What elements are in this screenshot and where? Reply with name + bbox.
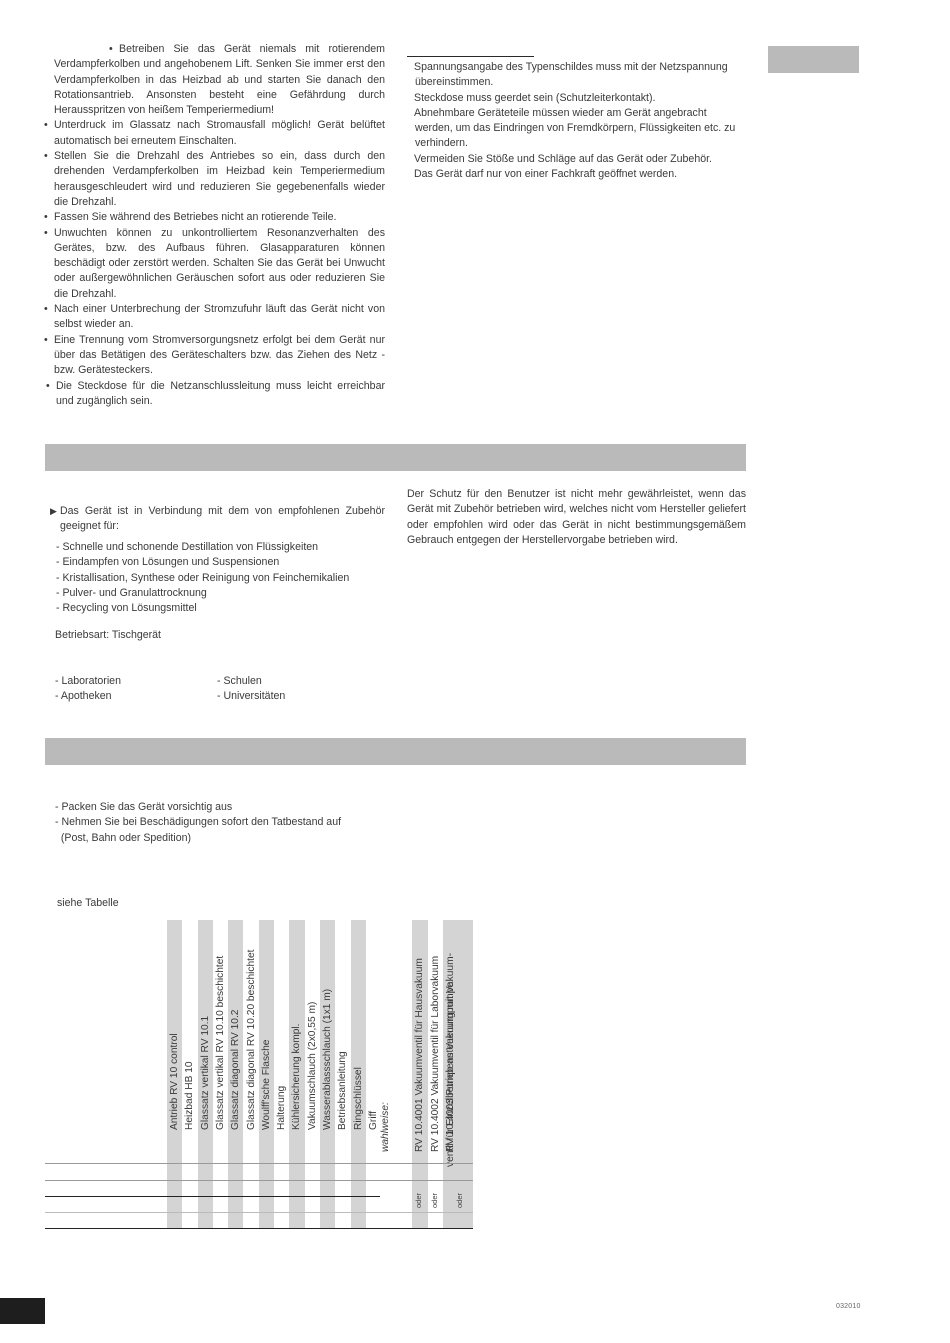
column-header: Kühlersicherung kompl. (289, 822, 304, 1228)
safety-bullet: Die Steckdose für die Netzanschlussleitu… (46, 379, 385, 410)
safety-instructions-list: Betreiben Sie das Gerät niemals mit roti… (44, 42, 385, 409)
use-item: - Pulver- und Granulattrocknung (56, 586, 349, 601)
section-header-band-unpacking (45, 738, 746, 765)
safety-bullet: Fassen Sie während des Betriebes nicht a… (44, 210, 385, 225)
area-item: - Universitäten (217, 689, 285, 704)
safety-bullet: Stellen Sie die Drehzahl des Antriebes s… (44, 149, 385, 210)
document-code: 032010 (836, 1303, 861, 1310)
table-column: Kühlersicherung kompl. (289, 920, 304, 1228)
column-header: Glassatz diagonal RV 10.2 (228, 822, 243, 1228)
table-column: Woulff'sche Flasche (259, 920, 274, 1228)
electrical-notes: Spannungsangabe des Typenschildes muss m… (414, 60, 754, 182)
table-row-line (45, 1180, 473, 1181)
table-row-line (45, 1228, 473, 1229)
column-header: Glassatz vertikal RV 10.10 beschichtet (213, 822, 228, 1228)
column-header: RV 10.4001 Vakuumventil für Hausvakuum (412, 844, 427, 1228)
or-label: oder (430, 1193, 439, 1208)
column-header: ventil für Einzelbetrieb an Vakuumpumpe (443, 859, 458, 1243)
optional-label-column: wahlweise: (378, 920, 393, 1228)
column-header: Ringschlüssel (351, 822, 366, 1228)
optional-column: RV 10.4003 Pumpensteuerung mit Vakuum-ve… (443, 920, 473, 1228)
optional-column: RV 10.4001 Vakuumventil für Hausvakuum (412, 920, 428, 1228)
table-column: Wasserablassschlauch (1x1 m) (320, 920, 335, 1228)
note-line: Vermeiden Sie Stöße und Schläge auf das … (414, 152, 754, 167)
table-column: Betriebsanleitung (335, 920, 350, 1228)
table-column: Antrieb RV 10 control (167, 920, 182, 1228)
area-item: - Schulen (217, 674, 285, 689)
see-table-note: siehe Tabelle (57, 896, 119, 911)
column-header: Antrieb RV 10 control (167, 822, 182, 1228)
safety-bullet: Unterdruck im Glassatz nach Stromausfall… (44, 118, 385, 149)
table-column: Vakuumschlauch (2x0,55 m) (305, 920, 320, 1228)
table-column: Glassatz diagonal RV 10.2 (228, 920, 243, 1228)
safety-bullet: Betreiben Sie das Gerät niemals mit roti… (44, 42, 385, 118)
safety-bullet: Nach einer Unterbrechung der Stromzufuhr… (44, 302, 385, 333)
intended-use-intro: ▶ Das Gerät ist in Verbindung mit dem vo… (50, 504, 385, 535)
usage-areas-right: - Schulen - Universitäten (217, 674, 285, 705)
table-column: Glassatz diagonal RV 10.20 beschichtet (244, 920, 259, 1228)
table-column: Glassatz vertikal RV 10.1 (198, 920, 213, 1228)
safety-bullet: Unwuchten können zu unkontrolliertem Res… (44, 226, 385, 302)
table-row-line (45, 1163, 473, 1164)
usage-areas-left: - Laboratorien - Apotheken (55, 674, 121, 705)
unpack-item: - Packen Sie das Gerät vorsichtig aus (55, 800, 341, 815)
note-line: verhindern. (414, 136, 754, 151)
column-header: Glassatz vertikal RV 10.1 (198, 822, 213, 1228)
use-item: - Kristallisation, Synthese oder Reinigu… (56, 571, 349, 586)
arrow-right-icon: ▶ (50, 504, 57, 519)
use-item: - Schnelle und schonende Destillation vo… (56, 540, 349, 555)
column-header: Betriebsanleitung (335, 822, 350, 1228)
table-column: Halterung (274, 920, 289, 1228)
page-tab-marker (768, 46, 859, 73)
area-item: - Laboratorien (55, 674, 121, 689)
page-number-block (0, 1298, 45, 1324)
operating-mode: Betriebsart: Tischgerät (55, 628, 161, 643)
note-line: werden, um das Eindringen von Fremdkörpe… (414, 121, 754, 136)
area-item: - Apotheken (55, 689, 121, 704)
column-header: Wasserablassschlauch (1x1 m) (320, 822, 335, 1228)
column-header: Glassatz diagonal RV 10.20 beschichtet (244, 822, 259, 1228)
or-label: oder (414, 1193, 423, 1208)
intended-use-list: - Schnelle und schonende Destillation vo… (56, 540, 349, 616)
use-item: - Eindampfen von Lösungen und Suspension… (56, 555, 349, 570)
optional-label: wahlweise: (378, 844, 393, 1228)
column-header: Vakuumschlauch (2x0,55 m) (305, 822, 320, 1228)
table-row-line (45, 1196, 380, 1197)
table-column: Glassatz vertikal RV 10.10 beschichtet (213, 920, 228, 1228)
note-line: Steckdose muss geerdet sein (Schutzleite… (414, 91, 754, 106)
safety-bullet: Eine Trennung vom Stromversorgungsnetz e… (44, 333, 385, 379)
table-row-line (45, 1212, 473, 1213)
column-header: Halterung (274, 822, 289, 1228)
section-header-band-intended-use (45, 444, 746, 471)
column-header: Heizbad HB 10 (182, 822, 197, 1228)
or-label: oder (455, 1193, 464, 1208)
note-line: Spannungsangabe des Typenschildes muss m… (414, 60, 754, 75)
note-line: Abnehmbare Geräteteile müssen wieder am … (414, 106, 754, 121)
column-header: RV 10.4002 Vakuumventil für Laborvakuum (428, 844, 443, 1228)
optional-column: RV 10.4002 Vakuumventil für Laborvakuum (428, 920, 443, 1228)
intro-text: Das Gerät ist in Verbindung mit dem von … (50, 504, 385, 535)
note-line: Das Gerät darf nur von einer Fachkraft g… (414, 167, 754, 182)
table-column: Heizbad HB 10 (182, 920, 197, 1228)
table-column: Ringschlüssel (351, 920, 366, 1228)
section-rule (407, 56, 534, 57)
protection-note: Der Schutz für den Benutzer ist nicht me… (407, 487, 746, 548)
use-item: - Recycling von Lösungsmittel (56, 601, 349, 616)
column-header: Woulff'sche Flasche (259, 822, 274, 1228)
note-line: übereinstimmen. (414, 75, 754, 90)
